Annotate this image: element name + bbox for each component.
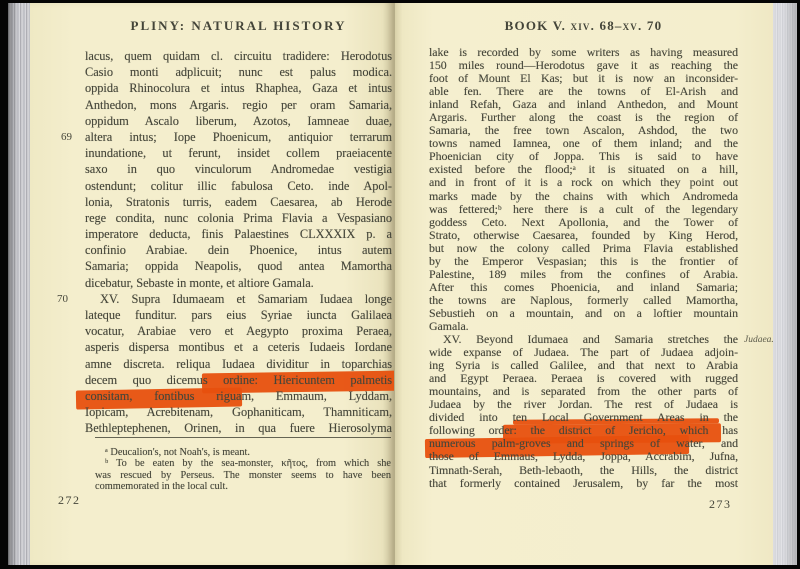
english-text-block: lake is recorded by some writers as havi… bbox=[429, 46, 738, 490]
text-line: was fettered;ᵇ here there is a cult of t… bbox=[429, 203, 738, 216]
text-line: After this comes Phoenicia, and inland S… bbox=[429, 281, 738, 294]
text-line: rege condita, nunc colonia Prima Flavia … bbox=[85, 210, 392, 226]
left-page: PLINY: NATURAL HISTORY 69 70 lacus, quem… bbox=[30, 3, 394, 565]
text-line: Timnath-Serah, Beth-lebaoth, the Hills, … bbox=[429, 464, 738, 477]
text-line: the towns are Naplous, formerly called M… bbox=[429, 294, 738, 307]
footnote-line: ᵃ Deucalion's, not Noah's, is meant. bbox=[95, 447, 391, 458]
footnotes-block: ᵃ Deucalion's, not Noah's, is meant.ᵇ To… bbox=[95, 447, 391, 492]
text-line: lateque funditur. pars eius Syriae iunct… bbox=[85, 307, 392, 323]
page-edge-stack-left bbox=[8, 3, 30, 565]
text-line: confinio Arabiae. dein Phoenice, intus a… bbox=[85, 242, 392, 258]
text-line: saxo in quo vinculorum Andromedae vestig… bbox=[85, 161, 392, 177]
text-line: dicebatur, Sebaste in monte, et altiore … bbox=[85, 275, 392, 291]
page-number-right: 273 bbox=[709, 497, 732, 512]
right-page: BOOK V. xiv. 68–xv. 70 Judaea. lake is r… bbox=[394, 3, 773, 565]
text-line: Bethleptephenen, Orinen, in qua fuere Hi… bbox=[85, 420, 392, 436]
text-line: but now the colony called Prima Flavia e… bbox=[429, 242, 738, 255]
text-line: imperatore deducta, finis Palaestines CL… bbox=[85, 226, 392, 242]
text-line: Sebustieh on a mountain, and on a loftie… bbox=[429, 307, 738, 320]
text-line: and in front of it is a rock on which th… bbox=[429, 176, 738, 189]
text-line: Iopicam, Acrebitenam, Gophaniticam, Tham… bbox=[85, 404, 392, 420]
footnote-line: was rescued by Perseus. The monster seem… bbox=[95, 470, 391, 481]
text-line: goddess Ceto. Next Apollonia, and the To… bbox=[429, 216, 738, 229]
text-line: Casio monti adplicuit; nunc est palus mo… bbox=[85, 64, 392, 80]
text-line: XV. Supra Idumaeam et Samariam Iudaea lo… bbox=[85, 291, 392, 307]
text-line: Strato, otherwise Caesarea, founded by K… bbox=[429, 229, 738, 242]
margin-note-judaea: Judaea. bbox=[744, 335, 773, 345]
right-running-head: BOOK V. xiv. 68–xv. 70 bbox=[429, 18, 738, 34]
text-line: decem quo dicemus ordine: Hiericuntem pa… bbox=[85, 372, 392, 388]
left-running-head: PLINY: NATURAL HISTORY bbox=[85, 18, 392, 34]
page-edge-stack-right bbox=[772, 3, 797, 565]
text-line: by the Emperor Vespasian; this is the fr… bbox=[429, 255, 738, 268]
text-line: oppidum Ascalo liberum, Azotos, Iamneae … bbox=[85, 113, 392, 129]
text-line: altera intus; Iope Phoenicum, antiquior … bbox=[85, 129, 392, 145]
text-line: oppida Rhinocolura et intus Rhaphea, Gaz… bbox=[85, 80, 392, 96]
text-line: amne discreta. reliqua Iudaea dividitur … bbox=[85, 356, 392, 372]
scanned-book-viewport: PLINY: NATURAL HISTORY 69 70 lacus, quem… bbox=[0, 0, 800, 569]
text-line: ostendunt; colitur illic fabulosa Ceto. … bbox=[85, 178, 392, 194]
text-line: asperis dispersa montibus et a ceteris I… bbox=[85, 339, 392, 355]
text-line: inundatione, ut ferunt, insidet collem p… bbox=[85, 145, 392, 161]
text-line: Samaria; oppida Neapolis, quod antea Mam… bbox=[85, 258, 392, 274]
section-number-70: 70 bbox=[50, 293, 68, 305]
footnote-line: commemorated in the local cult. bbox=[95, 481, 391, 492]
footnote-line: ᵇ To be eaten by the sea-monster, κῆτος,… bbox=[95, 458, 391, 469]
text-line: lonia, Stratonis turris, eadem Caesarea,… bbox=[85, 194, 392, 210]
text-line: Palestine, 189 miles from the confines o… bbox=[429, 268, 738, 281]
text-line: those of Emmaus, Lydda, Joppa, Accrabim,… bbox=[429, 450, 738, 463]
text-line: Anthedon, mons Argaris. regio per oram S… bbox=[85, 97, 392, 113]
footnote-divider bbox=[95, 437, 391, 438]
section-number-69: 69 bbox=[54, 131, 72, 143]
text-line: that formerly contained Jerusalem, by fa… bbox=[429, 477, 738, 490]
text-line: consitam, fontibus riguam, Emmaum, Lydda… bbox=[85, 388, 392, 404]
text-line: vocatur, Arabiae vero et Aegypto proxima… bbox=[85, 323, 392, 339]
text-line: lacus, quem quidam cl. circuitu tradider… bbox=[85, 48, 392, 64]
text-line: marks made by the chains with which Andr… bbox=[429, 190, 738, 203]
page-number-left: 272 bbox=[58, 493, 81, 508]
latin-text-block: lacus, quem quidam cl. circuitu tradider… bbox=[85, 48, 392, 437]
